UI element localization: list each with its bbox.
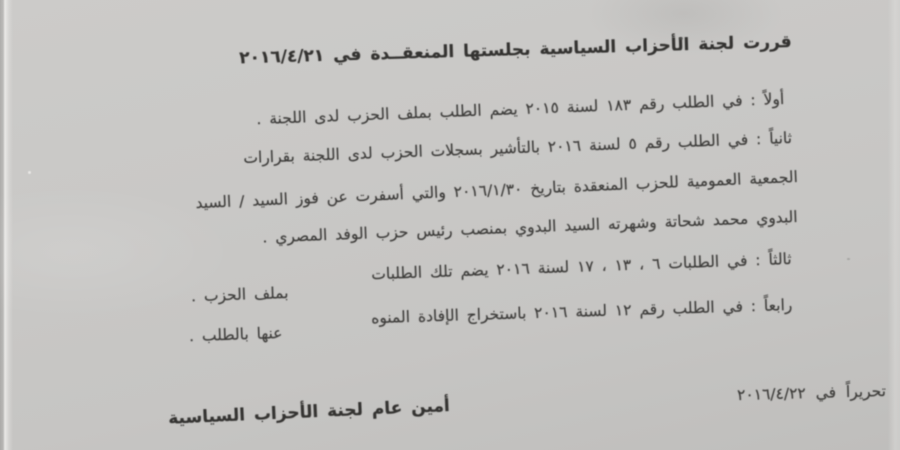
clause-second: ثانياً : في الطلب رقم ٥ لسنة ٢٠١٦ بالتأش…: [243, 129, 792, 167]
clause-third: ثالثاً : في الطلبات ٦ ، ١٣ ، ١٧ لسنة ٢٠١…: [371, 250, 792, 283]
scanned-document-photo: قررت لجنة الأحزاب السياسية بجلستها المنع…: [0, 0, 900, 450]
decision-title: قررت لجنة الأحزاب السياسية بجلستها المنع…: [239, 32, 792, 68]
clause-third-tail: بملف الحزب .: [190, 284, 288, 305]
paper-speck: [679, 37, 683, 40]
issuance-date-line: تحريراً في ٢٠١٦/٤/٢٢: [737, 382, 886, 404]
clause-second-continuation-2: البدوي محمد شحاتة وشهرته السيد البدوي بم…: [263, 208, 799, 247]
signature-title: أمين عام لجنة الأحزاب السياسية: [168, 396, 450, 429]
clause-second-continuation: الجمعية العمومية للحزب المنعقدة بتاريخ ٢…: [195, 168, 798, 212]
paper-speck: [847, 258, 850, 260]
clause-fourth-tail: عنها بالطلب .: [188, 324, 282, 345]
clause-first: أولاً : في الطلب رقم ١٨٣ لسنة ٢٠١٥ يضم ا…: [256, 90, 784, 128]
paper-speck: [28, 171, 31, 174]
clause-fourth: رابعاً : في الطلب رقم ١٢ لسنة ٢٠١٦ باستخ…: [371, 296, 793, 327]
document-page: قررت لجنة الأحزاب السياسية بجلستها المنع…: [0, 0, 900, 450]
